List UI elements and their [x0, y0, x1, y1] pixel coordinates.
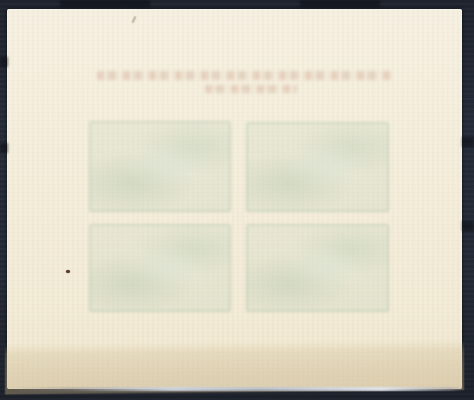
background-shadow-band — [462, 221, 474, 231]
background-shadow-band — [0, 143, 8, 153]
background-shadow-band — [462, 137, 474, 147]
inscription-showthrough — [205, 85, 297, 93]
sleeve-edge-glint — [8, 387, 464, 391]
ink-speck — [66, 270, 70, 273]
stamp-showthrough — [246, 122, 389, 212]
background-shadow-band — [300, 0, 380, 7]
stamp-showthrough — [89, 224, 231, 312]
background-shadow-band — [60, 0, 150, 7]
stamp-sheet-reverse — [7, 9, 462, 389]
photo-background — [0, 0, 474, 400]
background-shadow-band — [0, 57, 8, 67]
stamp-showthrough — [246, 224, 389, 312]
stamp-showthrough — [89, 121, 231, 212]
paper-fiber-mark — [132, 16, 136, 23]
inscription-showthrough — [97, 71, 392, 80]
